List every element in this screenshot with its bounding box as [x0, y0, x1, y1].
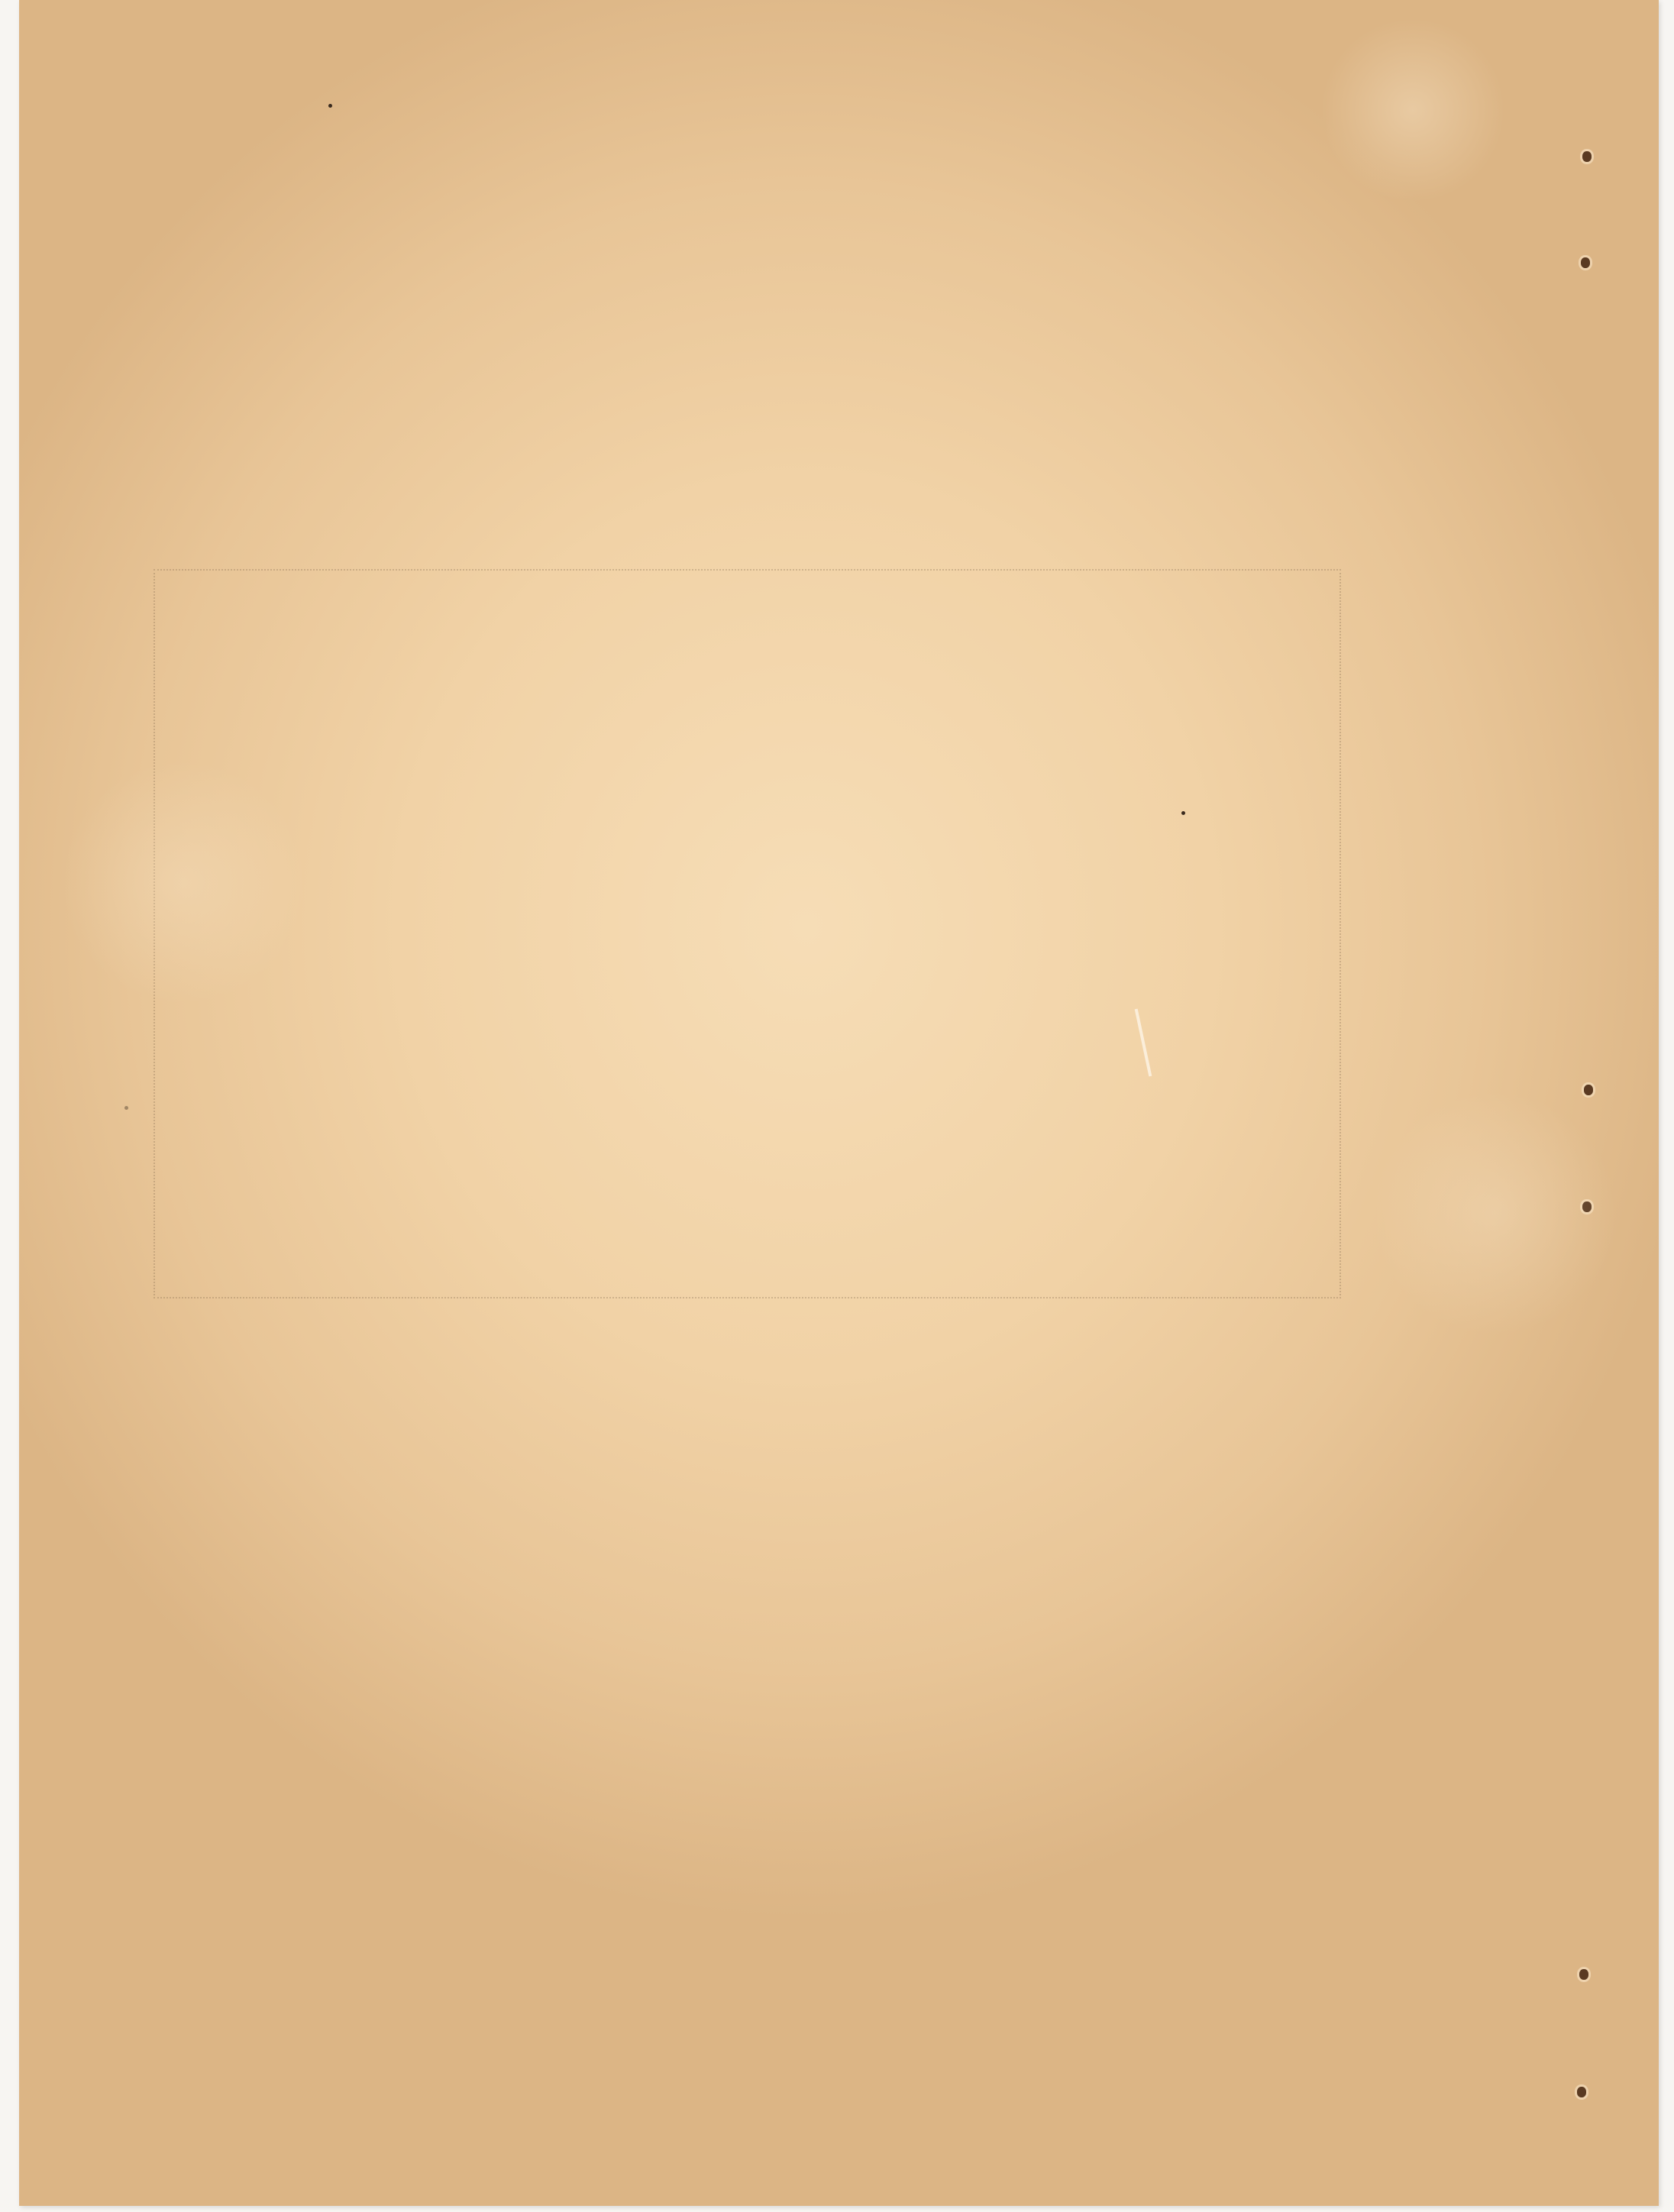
binding-hole [1582, 1201, 1592, 1212]
paper-page [19, 0, 1659, 2206]
binding-hole [1584, 1085, 1593, 1095]
paper-speck [328, 104, 332, 108]
paper-speck [1181, 811, 1185, 815]
binding-hole [1582, 151, 1592, 162]
bleed-through-frame [154, 569, 1341, 1298]
binding-hole [1579, 1969, 1588, 1980]
binding-hole [1581, 257, 1590, 268]
binding-hole [1577, 2087, 1586, 2097]
paper-speck [124, 1106, 128, 1110]
